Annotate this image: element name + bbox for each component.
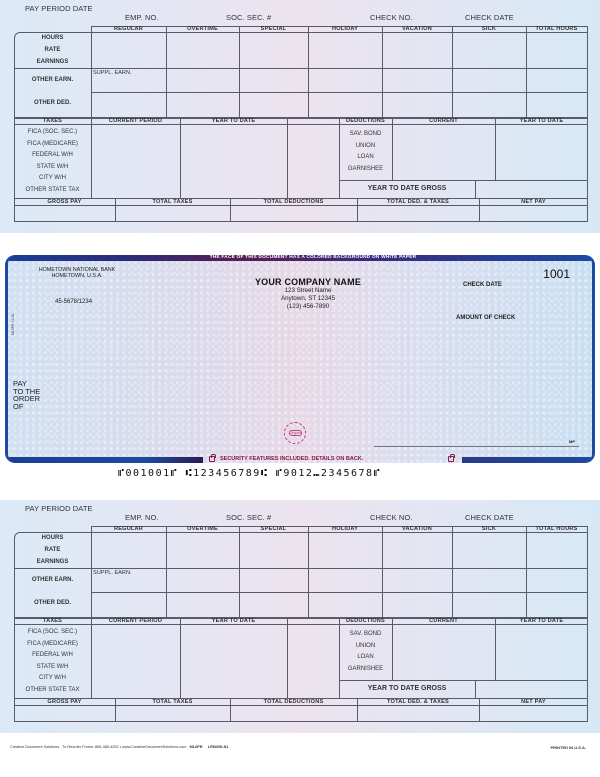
deduction-row-label: UNION bbox=[339, 143, 392, 149]
rule bbox=[180, 618, 181, 698]
column-header: HOLIDAY bbox=[308, 26, 382, 32]
suppl-earn-label: SUPPL. EARN. bbox=[93, 70, 132, 76]
row-label-hours: HOURS bbox=[14, 35, 91, 41]
company-phone: (123) 456-7890 bbox=[228, 303, 388, 311]
tax-row-label: OTHER STATE TAX bbox=[14, 187, 91, 193]
check-bottom-band-left bbox=[8, 457, 203, 463]
column-header: SPECIAL bbox=[239, 526, 308, 532]
rule bbox=[91, 592, 588, 593]
totals-header: TOTAL DEDUCTIONS bbox=[230, 699, 357, 705]
tax-row-label: CITY W/H bbox=[14, 175, 91, 181]
column-header: TOTAL HOURS bbox=[526, 526, 587, 532]
check-date-label: CHECK DATE bbox=[463, 282, 502, 288]
totals-header: TOTAL TAXES bbox=[115, 699, 230, 705]
footer-reorder: To Reorder Forms: 866-385-4252 • www.Cre… bbox=[62, 745, 186, 749]
deductions-header: DEDUCTIONS bbox=[339, 618, 392, 624]
ytd-gross-label: YEAR TO DATE GROSS bbox=[339, 685, 475, 692]
rule bbox=[339, 680, 588, 681]
check-no-label: CHECK NO. bbox=[370, 13, 413, 22]
vertical-form-code: ML6PR 11-06 bbox=[11, 314, 15, 335]
taxes-frame bbox=[14, 618, 588, 722]
row-label-rate: RATE bbox=[14, 547, 91, 553]
check-date-label: CHECK DATE bbox=[465, 513, 514, 522]
totals-header: GROSS PAY bbox=[14, 199, 115, 205]
rule bbox=[452, 526, 453, 618]
company-info: YOUR COMPANY NAME 123 Street Name Anytow… bbox=[228, 277, 388, 311]
rule bbox=[14, 205, 588, 206]
check-no-label: CHECK NO. bbox=[370, 513, 413, 522]
check: THE FACE OF THIS DOCUMENT HAS A COLORED … bbox=[5, 255, 595, 463]
year-to-date-header: YEAR TO DATE bbox=[180, 118, 287, 124]
totals-header: TOTAL DEDUCTIONS bbox=[230, 199, 357, 205]
rule bbox=[495, 118, 496, 180]
rule bbox=[475, 680, 476, 698]
seal-text: Original bbox=[289, 430, 302, 436]
rule bbox=[91, 118, 92, 198]
rule bbox=[239, 26, 240, 118]
totals-header: TOTAL DED. & TAXES bbox=[357, 199, 479, 205]
deduction-row-label: SAV. BOND bbox=[339, 131, 392, 137]
tax-row-label: FICA (MEDICARE) bbox=[14, 141, 91, 147]
footer: Creative Document Solutions To Reorder F… bbox=[10, 745, 228, 749]
current-period-header: CURRENT PERIOD bbox=[91, 118, 180, 124]
rule bbox=[475, 180, 476, 198]
totals-header: GROSS PAY bbox=[14, 699, 115, 705]
current-header: CURRENT bbox=[392, 618, 495, 624]
row-label-other-ded: OTHER DED. bbox=[14, 100, 91, 106]
tax-row-label: STATE W/H bbox=[14, 164, 91, 170]
tax-row-label: FICA (MEDICARE) bbox=[14, 641, 91, 647]
rule bbox=[587, 26, 588, 118]
tax-row-label: CITY W/H bbox=[14, 675, 91, 681]
rule bbox=[91, 526, 92, 618]
rule bbox=[239, 526, 240, 618]
routing-fraction: 45-5678/1234 bbox=[55, 299, 92, 305]
column-header: HOLIDAY bbox=[308, 526, 382, 532]
row-label-earnings: EARNINGS bbox=[14, 59, 91, 65]
year-to-date-header: YEAR TO DATE bbox=[180, 618, 287, 624]
rule bbox=[308, 526, 309, 618]
rule bbox=[287, 118, 288, 198]
totals-header: TOTAL DED. & TAXES bbox=[357, 699, 479, 705]
rule bbox=[287, 618, 288, 698]
tax-row-label: FICA (SOC. SEC.) bbox=[14, 129, 91, 135]
deduction-row-label: GARNISHEE bbox=[339, 666, 392, 672]
company-street: 123 Street Name bbox=[228, 287, 388, 295]
rule bbox=[14, 68, 588, 69]
column-header: SICK bbox=[452, 26, 526, 32]
taxes-header: TAXES bbox=[14, 118, 91, 124]
suppl-earn-label: SUPPL. EARN. bbox=[93, 570, 132, 576]
taxes-header: TAXES bbox=[14, 618, 91, 624]
soc-sec-label: SOC. SEC. # bbox=[226, 513, 271, 522]
bank-info: HOMETOWN NATIONAL BANK HOMETOWN, U.S.A. bbox=[38, 267, 116, 279]
security-features-text: SECURITY FEATURES INCLUDED. DETAILS ON B… bbox=[220, 455, 363, 463]
rule bbox=[14, 124, 588, 125]
deductions-header: DEDUCTIONS bbox=[339, 118, 392, 124]
row-label-other-ded: OTHER DED. bbox=[14, 600, 91, 606]
totals-header: NET PAY bbox=[479, 699, 588, 705]
tax-row-label: FICA (SOC. SEC.) bbox=[14, 629, 91, 635]
row-label-rate: RATE bbox=[14, 47, 91, 53]
rule bbox=[339, 180, 588, 181]
company-name: YOUR COMPANY NAME bbox=[228, 277, 388, 287]
rule bbox=[166, 526, 167, 618]
tax-row-label: OTHER STATE TAX bbox=[14, 687, 91, 693]
signature-line bbox=[374, 446, 579, 447]
check-number: 1001 bbox=[543, 267, 570, 281]
rule bbox=[180, 118, 181, 198]
pay-line: OF bbox=[13, 403, 40, 411]
row-label-other-earn: OTHER EARN. bbox=[14, 77, 91, 83]
rule bbox=[382, 26, 383, 118]
column-header: VACATION bbox=[382, 526, 452, 532]
check-bottom-band-right bbox=[462, 457, 592, 463]
rule bbox=[14, 705, 588, 706]
rule bbox=[91, 26, 92, 118]
check-banner-text: THE FACE OF THIS DOCUMENT HAS A COLORED … bbox=[188, 255, 438, 261]
column-header: REGULAR bbox=[91, 26, 166, 32]
current-header: CURRENT bbox=[392, 118, 495, 124]
check-date-label: CHECK DATE bbox=[465, 13, 514, 22]
taxes-frame bbox=[14, 118, 588, 222]
lock-icon bbox=[448, 456, 454, 462]
rule bbox=[495, 618, 496, 680]
rule bbox=[392, 118, 393, 180]
emp-no-label: EMP. NO. bbox=[125, 13, 159, 22]
ytd-gross-label: YEAR TO DATE GROSS bbox=[339, 185, 475, 192]
totals-header: TOTAL TAXES bbox=[115, 199, 230, 205]
footer-form-code-2: LR6605LN1 bbox=[208, 745, 229, 749]
pay-to-the-order-of: PAY TO THE ORDER OF bbox=[13, 380, 40, 410]
rule bbox=[14, 568, 588, 569]
tax-row-label: FEDERAL W/H bbox=[14, 652, 91, 658]
micr-line: ⑈001001⑈ ⑆123456789⑆ ⑈9012⑉2345678⑈ bbox=[118, 468, 381, 479]
ded-year-to-date-header: YEAR TO DATE bbox=[495, 618, 588, 624]
rule bbox=[91, 618, 92, 698]
pay-period-date-label: PAY PERIOD DATE bbox=[25, 4, 93, 13]
soc-sec-label: SOC. SEC. # bbox=[226, 13, 271, 22]
column-header: SICK bbox=[452, 526, 526, 532]
rule bbox=[14, 624, 588, 625]
column-header: VACATION bbox=[382, 26, 452, 32]
company-city: Anytown, ST 12345 bbox=[228, 295, 388, 303]
pay-stub-top: PAY PERIOD DATEEMP. NO.SOC. SEC. #CHECK … bbox=[0, 0, 600, 233]
rule bbox=[526, 26, 527, 118]
amount-of-check-label: AMOUNT OF CHECK bbox=[456, 315, 515, 321]
rule bbox=[91, 92, 588, 93]
row-label-other-earn: OTHER EARN. bbox=[14, 577, 91, 583]
row-label-hours: HOURS bbox=[14, 535, 91, 541]
deduction-row-label: SAV. BOND bbox=[339, 631, 392, 637]
mp-mark: MP bbox=[569, 439, 575, 444]
column-header: TOTAL HOURS bbox=[526, 26, 587, 32]
rule bbox=[452, 26, 453, 118]
footer-form-code: ML6PR bbox=[190, 745, 203, 749]
footer-brand: Creative Document Solutions bbox=[10, 745, 59, 749]
deduction-row-label: GARNISHEE bbox=[339, 166, 392, 172]
tax-row-label: STATE W/H bbox=[14, 664, 91, 670]
totals-header: NET PAY bbox=[479, 199, 588, 205]
rule bbox=[166, 26, 167, 118]
rule bbox=[392, 618, 393, 680]
row-label-earnings: EARNINGS bbox=[14, 559, 91, 565]
column-header: OVERTIME bbox=[166, 26, 239, 32]
current-period-header: CURRENT PERIOD bbox=[91, 618, 180, 624]
pay-period-date-label: PAY PERIOD DATE bbox=[25, 504, 93, 513]
emp-no-label: EMP. NO. bbox=[125, 513, 159, 522]
deduction-row-label: UNION bbox=[339, 643, 392, 649]
tax-row-label: FEDERAL W/H bbox=[14, 152, 91, 158]
rule bbox=[587, 526, 588, 618]
deduction-row-label: LOAN bbox=[339, 654, 392, 660]
column-header: OVERTIME bbox=[166, 526, 239, 532]
rule bbox=[526, 526, 527, 618]
deduction-row-label: LOAN bbox=[339, 154, 392, 160]
rule bbox=[382, 526, 383, 618]
bank-city: HOMETOWN, U.S.A. bbox=[38, 273, 116, 279]
column-header: REGULAR bbox=[91, 526, 166, 532]
column-header: SPECIAL bbox=[239, 26, 308, 32]
printed-in-usa: PRINTED IN U.S.A. bbox=[550, 745, 586, 750]
pay-stub-bottom: PAY PERIOD DATEEMP. NO.SOC. SEC. #CHECK … bbox=[0, 500, 600, 733]
rule bbox=[308, 26, 309, 118]
ded-year-to-date-header: YEAR TO DATE bbox=[495, 118, 588, 124]
lock-icon bbox=[209, 456, 215, 462]
original-seal-icon: Original bbox=[284, 422, 306, 444]
